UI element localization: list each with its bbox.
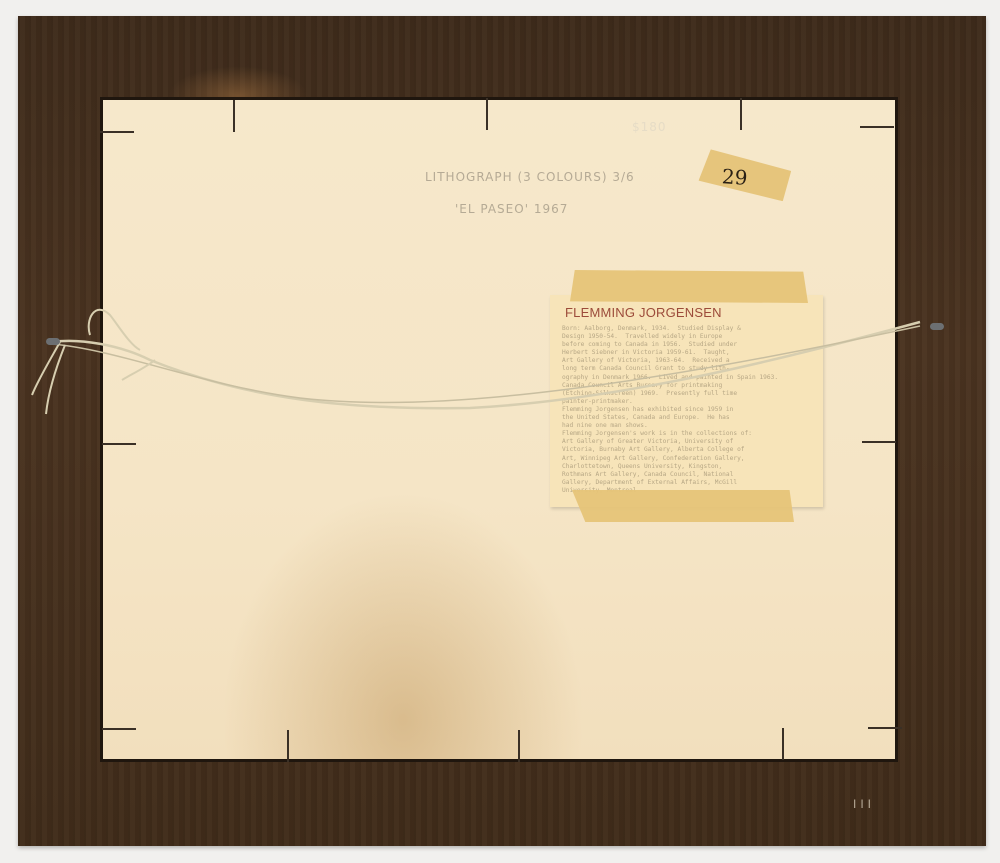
frame-scratch-marks: III bbox=[853, 797, 875, 811]
left-screw-eye bbox=[46, 338, 60, 345]
right-screw-eye bbox=[930, 323, 944, 330]
hanging-wire bbox=[0, 0, 1000, 863]
